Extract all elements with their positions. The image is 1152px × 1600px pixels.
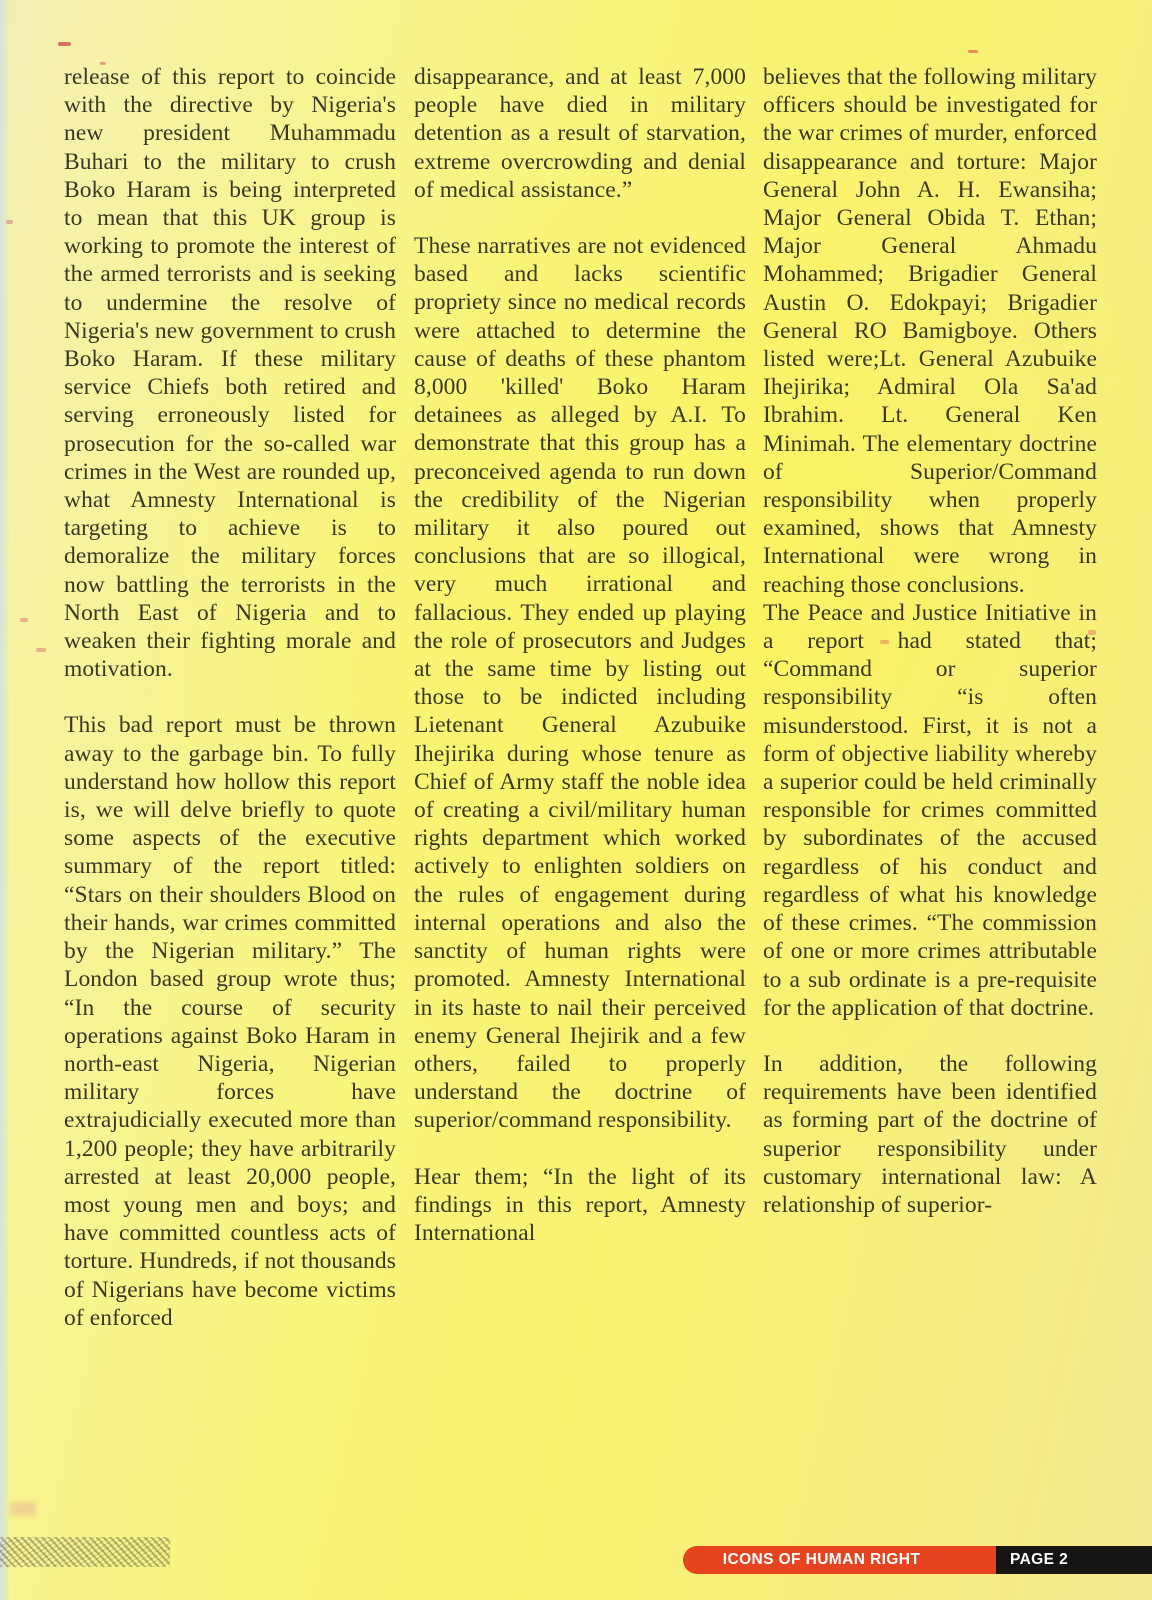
paragraph: The Peace and Justice Initiative in a re… — [763, 599, 1097, 1022]
journal-title-label: ICONS OF HUMAN RIGHT — [723, 1551, 956, 1569]
scan-speck — [1088, 630, 1096, 635]
scan-edge-strip — [0, 0, 10, 1600]
paragraph: believes that the following military off… — [763, 63, 1097, 599]
paragraph: Hear them; “In the light of its findings… — [414, 1163, 746, 1248]
magazine-page: release of this report to coincide with … — [0, 0, 1152, 1600]
scan-speck — [58, 42, 71, 46]
article-column-1: release of this report to coincide with … — [64, 63, 396, 1332]
paragraph: This bad report must be thrown away to t… — [64, 711, 396, 1331]
paragraph: In addition, the following requirements … — [763, 1050, 1097, 1219]
footer-journal-badge: ICONS OF HUMAN RIGHT — [683, 1546, 996, 1574]
article-column-3: believes that the following military off… — [763, 63, 1097, 1219]
scan-speck — [968, 50, 978, 53]
scan-speck — [880, 640, 889, 644]
page-number-label: PAGE 2 — [996, 1551, 1068, 1569]
paragraph: These narratives are not evidenced based… — [414, 232, 746, 1135]
scan-speck — [20, 618, 28, 622]
footer-bar: ICONS OF HUMAN RIGHT PAGE 2 — [683, 1546, 1152, 1574]
scan-speck — [10, 1502, 36, 1516]
footer-page-badge: PAGE 2 — [996, 1546, 1152, 1574]
scan-speck — [100, 62, 106, 65]
paragraph: disappearance, and at least 7,000 people… — [414, 63, 746, 204]
scan-speck — [6, 220, 13, 224]
article-column-2: disappearance, and at least 7,000 people… — [414, 63, 746, 1247]
scan-speck — [36, 648, 46, 652]
paragraph: release of this report to coincide with … — [64, 63, 396, 683]
scan-smudge — [0, 1537, 170, 1567]
